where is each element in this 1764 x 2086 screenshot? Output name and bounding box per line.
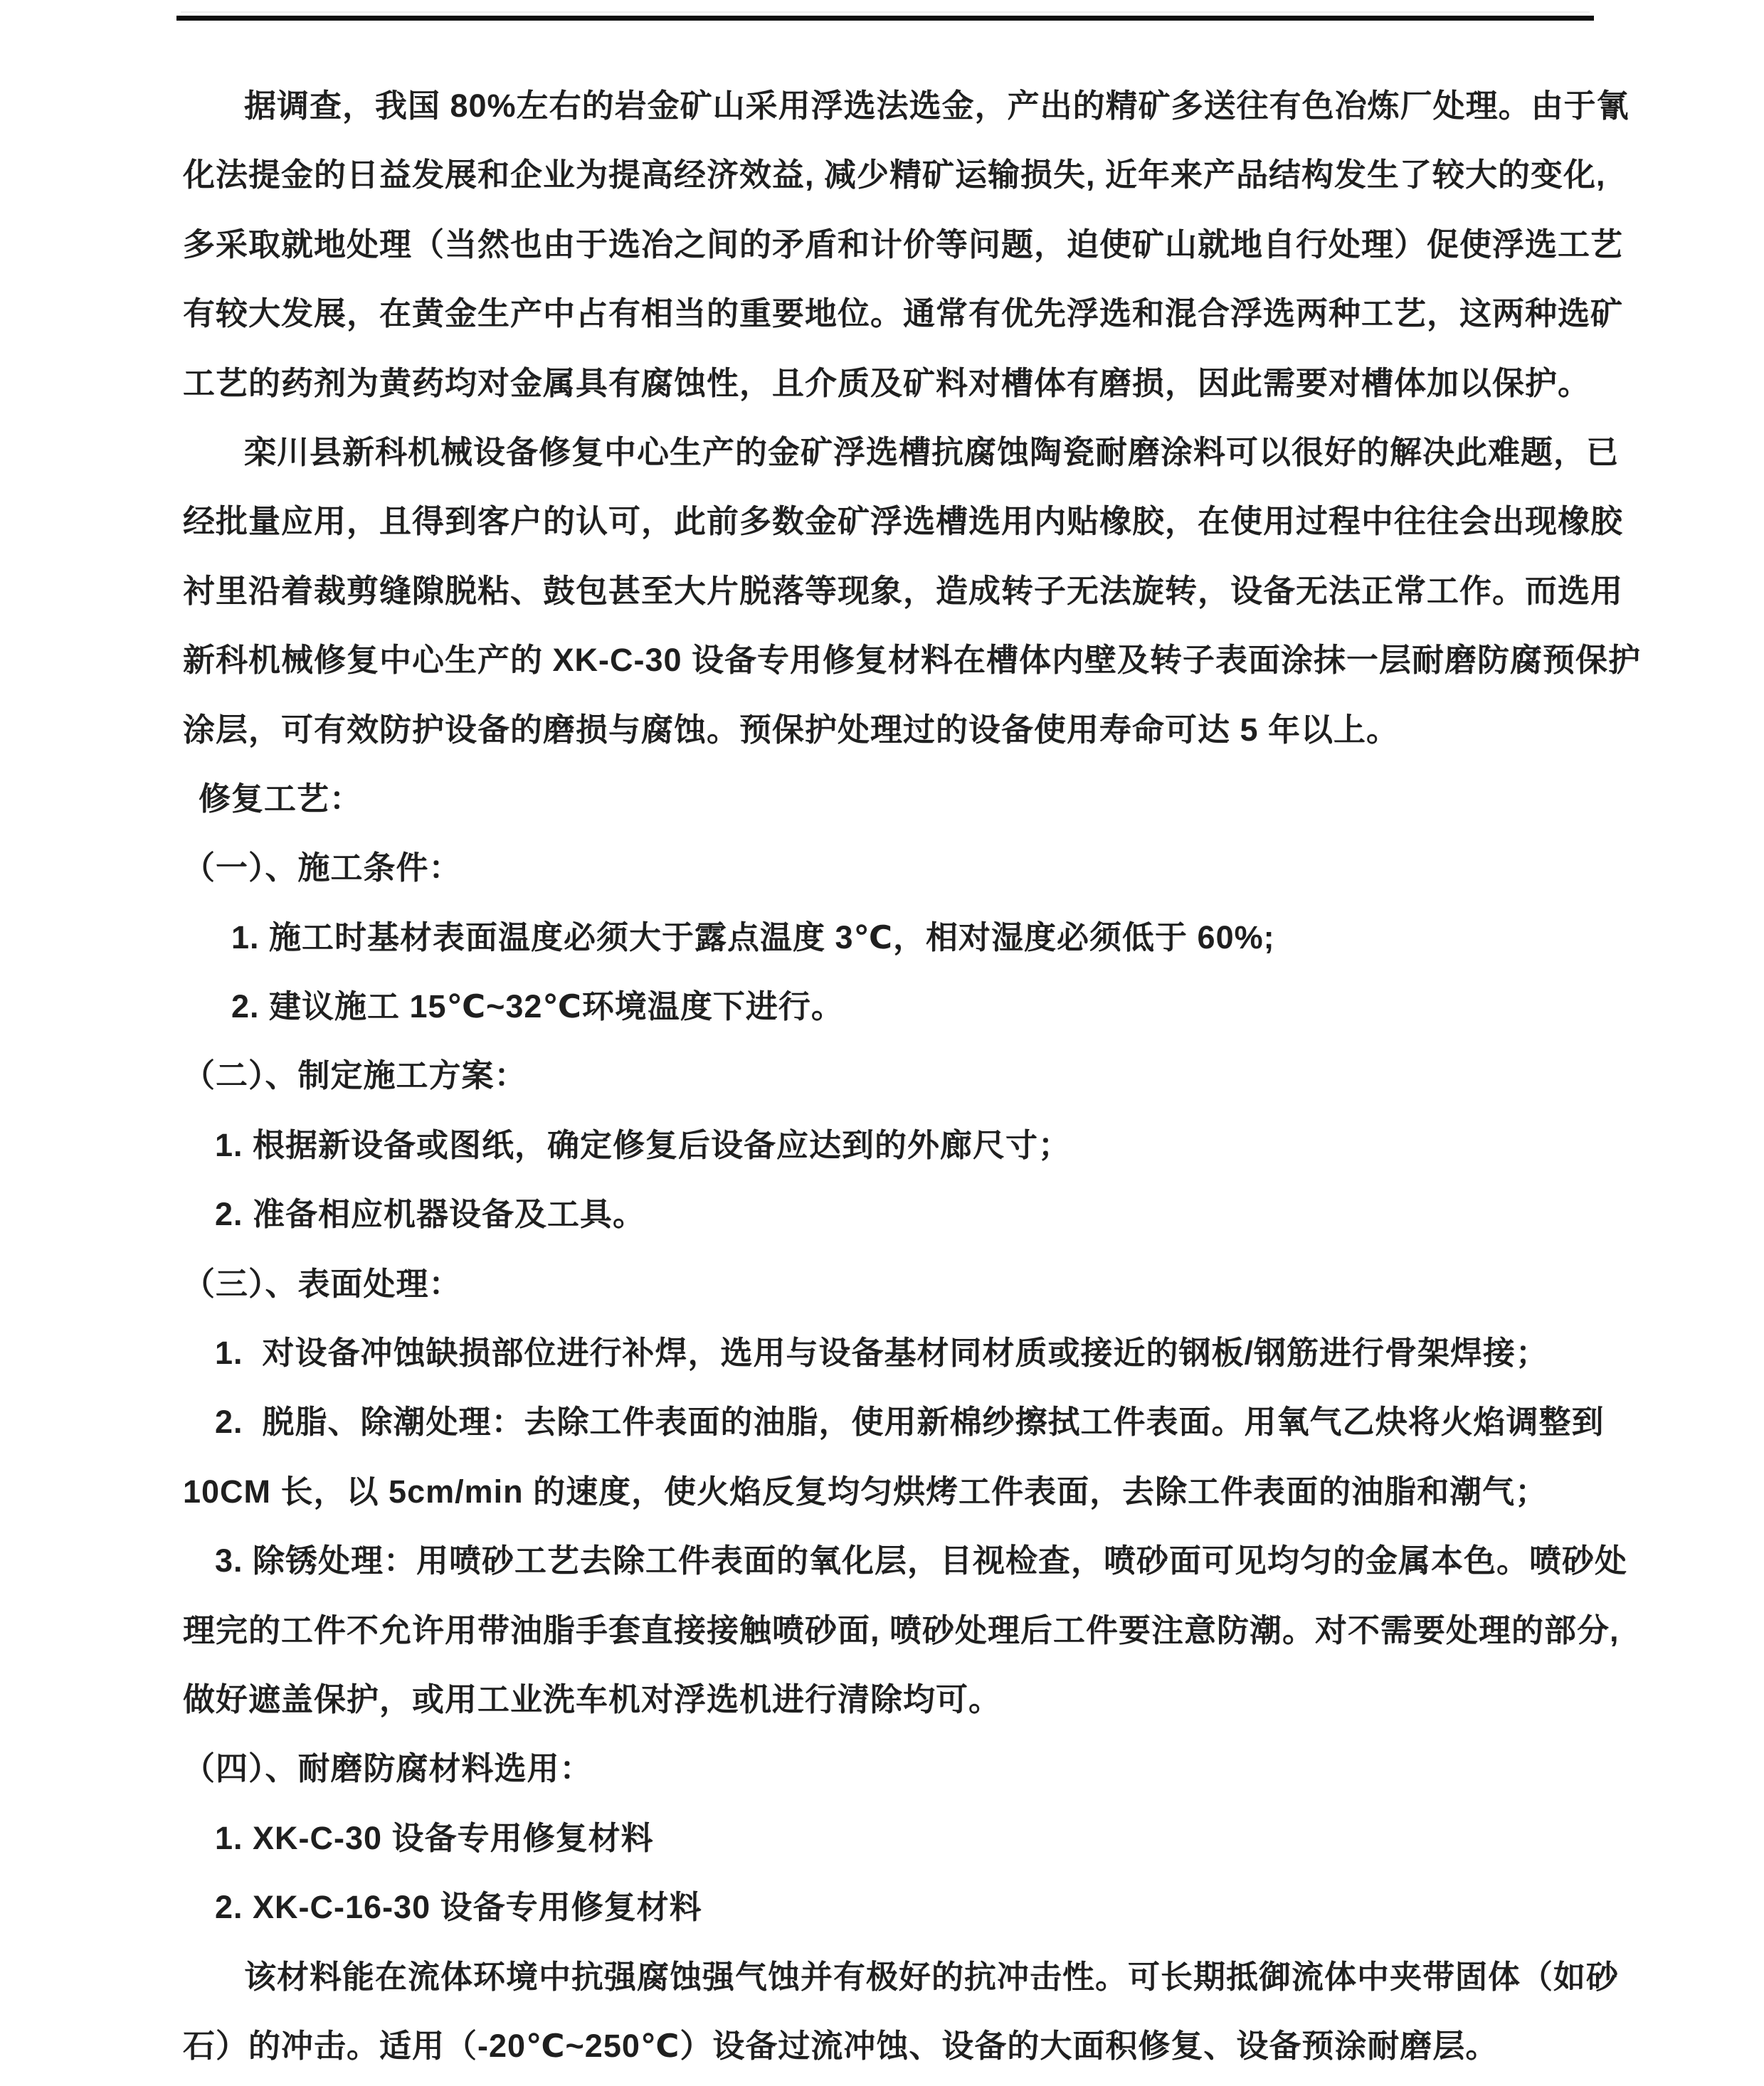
text-line: （二）、制定施工方案： [183, 1041, 1590, 1110]
text-line: 1. 施工时基材表面温度必须大于露点温度 3℃，相对湿度必须低于 60%; [183, 903, 1590, 972]
text-line: 2. 建议施工 15℃~32℃环境温度下进行。 [183, 972, 1590, 1041]
top-rule-black-bar [176, 16, 1594, 21]
document-page: 据调查，我国 80%左右的岩金矿山采用浮选法选金，产出的精矿多送往有色冶炼厂处理… [0, 0, 1764, 2086]
text-line: 据调查，我国 80%左右的岩金矿山采用浮选法选金，产出的精矿多送往有色冶炼厂处理… [183, 71, 1590, 140]
text-line: 2. XK-C-16-30 设备专用修复材料 [183, 1873, 1590, 1942]
text-line: 1. XK-C-30 设备专用修复材料 [183, 1804, 1590, 1873]
text-line: 2. 脱脂、除潮处理：去除工件表面的油脂，使用新棉纱擦拭工件表面。用氧气乙炔将火… [183, 1387, 1590, 1456]
text-line: 理完的工件不允许用带油脂手套直接接触喷砂面, 喷砂处理后工件要注意防潮。对不需要… [183, 1596, 1590, 1665]
text-line: 3. 除锈处理：用喷砂工艺去除工件表面的氧化层，目视检查，喷砂面可见均匀的金属本… [183, 1526, 1590, 1595]
text-line: 工艺的药剂为黄药均对金属具有腐蚀性，且介质及矿料对槽体有磨损，因此需要对槽体加以… [183, 349, 1590, 418]
text-line: 1. 根据新设备或图纸，确定修复后设备应达到的外廊尺寸； [183, 1111, 1590, 1180]
text-line: 化法提金的日益发展和企业为提高经济效益, 减少精矿运输损失, 近年来产品结构发生… [183, 140, 1590, 209]
text-line: 新科机械修复中心生产的 XK-C-30 设备专用修复材料在槽体内壁及转子表面涂抹… [183, 625, 1590, 694]
text-line: 多采取就地处理（当然也由于选冶之间的矛盾和计价等问题，迫使矿山就地自行处理）促使… [183, 210, 1590, 279]
text-line: 修复工艺： [183, 764, 1590, 833]
text-line: 做好遮盖保护，或用工业洗车机对浮选机进行清除均可。 [183, 1665, 1590, 1734]
text-line: 涂层，可有效防护设备的磨损与腐蚀。预保护处理过的设备使用寿命可达 5 年以上。 [183, 695, 1590, 764]
text-line: 1. 对设备冲蚀缺损部位进行补焊，选用与设备基材同材质或接近的钢板/钢筋进行骨架… [183, 1318, 1590, 1387]
text-line: 10CM 长，以 5cm/min 的速度，使火焰反复均匀烘烤工件表面，去除工件表… [183, 1457, 1590, 1526]
document-body: 据调查，我国 80%左右的岩金矿山采用浮选法选金，产出的精矿多送往有色冶炼厂处理… [183, 71, 1590, 2080]
top-rule-faint-line [181, 11, 1590, 13]
text-line: （一）、施工条件： [183, 833, 1590, 902]
text-line: 石）的冲击。适用（-20℃~250℃）设备过流冲蚀、设备的大面积修复、设备预涂耐… [183, 2011, 1590, 2080]
text-line: 经批量应用，且得到客户的认可，此前多数金矿浮选槽选用内贴橡胶，在使用过程中往往会… [183, 487, 1590, 556]
text-line: （四）、耐磨防腐材料选用： [183, 1734, 1590, 1803]
text-line: 该材料能在流体环境中抗强腐蚀强气蚀并有极好的抗冲击性。可长期抵御流体中夹带固体（… [183, 1942, 1590, 2011]
text-line: 有较大发展，在黄金生产中占有相当的重要地位。通常有优先浮选和混合浮选两种工艺，这… [183, 279, 1590, 348]
text-line: （三）、表面处理： [183, 1249, 1590, 1318]
text-line: 衬里沿着裁剪缝隙脱粘、鼓包甚至大片脱落等现象，造成转子无法旋转，设备无法正常工作… [183, 556, 1590, 625]
text-line: 2. 准备相应机器设备及工具。 [183, 1180, 1590, 1249]
text-line: 栾川县新科机械设备修复中心生产的金矿浮选槽抗腐蚀陶瓷耐磨涂料可以很好的解决此难题… [183, 418, 1590, 487]
